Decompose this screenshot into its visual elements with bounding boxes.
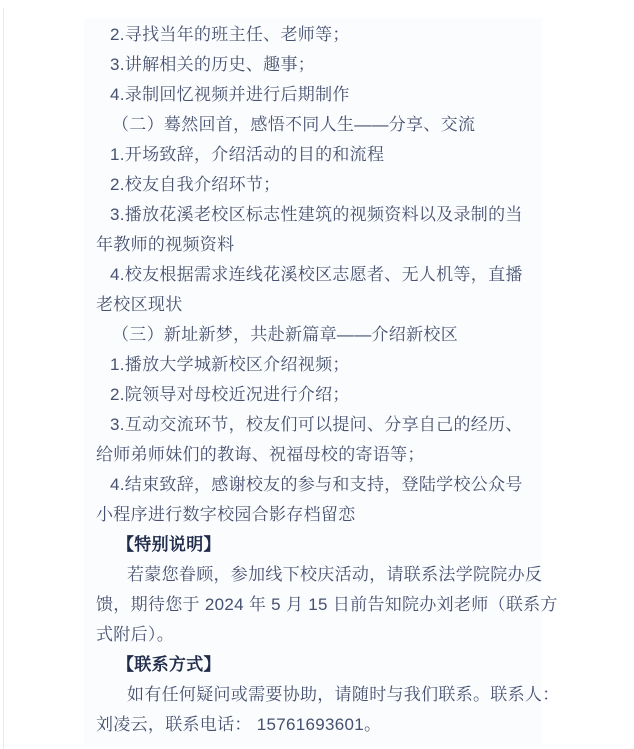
text-line: 刘凌云，联系电话： 15761693601。 — [96, 710, 540, 740]
text-line: 老校区现状 — [96, 290, 540, 320]
text-line: 3.讲解相关的历史、趣事； — [96, 50, 540, 80]
text-line: 馈，期待您于 2024 年 5 月 15 日前告知院办刘老师（联系方 — [96, 590, 540, 620]
text-line: 年教师的视频资料 — [96, 230, 540, 260]
text-line: 给师弟师妹们的教诲、祝福母校的寄语等； — [96, 440, 540, 470]
text-line: 3.播放花溪老校区标志性建筑的视频资料以及录制的当 — [96, 200, 540, 230]
text-line: 小程序进行数字校园合影存档留恋 — [96, 500, 540, 530]
text-line: 2.院领导对母校近况进行介绍； — [96, 380, 540, 410]
text-line: 2.校友自我介绍环节； — [96, 170, 540, 200]
document-body: 2.寻找当年的班主任、老师等；3.讲解相关的历史、趣事；4.录制回忆视频并进行后… — [84, 18, 542, 740]
text-line: 1.开场致辞，介绍活动的目的和流程 — [96, 140, 540, 170]
text-line: 4.校友根据需求连线花溪校区志愿者、无人机等，直播 — [96, 260, 540, 290]
left-border-line — [3, 8, 4, 749]
section-heading: 【联系方式】 — [96, 650, 540, 680]
text-line: 1.播放大学城新校区介绍视频； — [96, 350, 540, 380]
text-line: 如有任何疑问或需要协助，请随时与我们联系。联系人： — [96, 680, 540, 710]
text-line: 4.结束致辞，感谢校友的参与和支持，登陆学校公众号 — [96, 470, 540, 500]
text-line: 式附后）。 — [96, 620, 540, 650]
text-line: 4.录制回忆视频并进行后期制作 — [96, 80, 540, 110]
text-line: 2.寻找当年的班主任、老师等； — [96, 20, 540, 50]
document-card: 2.寻找当年的班主任、老师等；3.讲解相关的历史、趣事；4.录制回忆视频并进行后… — [84, 18, 542, 744]
page: 2.寻找当年的班主任、老师等；3.讲解相关的历史、趣事；4.录制回忆视频并进行后… — [0, 0, 634, 749]
text-line: （二）蓦然回首，感悟不同人生——分享、交流 — [96, 110, 540, 140]
text-line: （三）新址新梦，共赴新篇章——介绍新校区 — [96, 320, 540, 350]
section-heading: 【特别说明】 — [96, 530, 540, 560]
text-line: 若蒙您眷顾，参加线下校庆活动，请联系法学院院办反 — [96, 560, 540, 590]
text-line: 3.互动交流环节，校友们可以提问、分享自己的经历、 — [96, 410, 540, 440]
